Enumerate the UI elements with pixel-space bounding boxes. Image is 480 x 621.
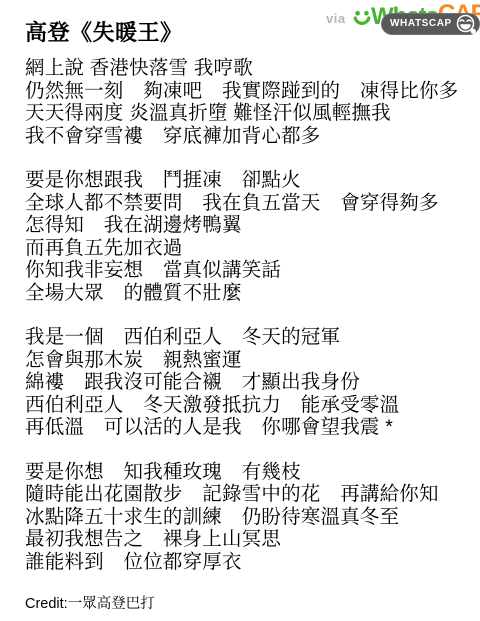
lyrics-image: via WhatsCAP WHATSCAP 高登《失暖王》 網上說 香港快落雪 … bbox=[0, 0, 480, 621]
lyrics-stanza-3: 我是一個 西伯利亞人 冬天的冠軍 怎會與那木炭 親熱蜜運 綿褸 跟我沒可能合襯 … bbox=[25, 326, 472, 439]
watermark: via WhatsCAP WHATSCAP bbox=[324, 2, 476, 38]
lyrics-body: 網上說 香港快落雪 我哼歌 仍然無一刻 夠凍吧 我實際踫到的 凍得比你多 天天得… bbox=[25, 57, 472, 573]
lyrics-stanza-2: 要是你想跟我 鬥捱凍 卻點火 全球人都不禁要問 我在負五當天 會穿得夠多 怎得知… bbox=[25, 169, 472, 304]
laughing-emoji-icon bbox=[455, 13, 477, 35]
credit-line: Credit:一眾高登巴打 bbox=[25, 595, 472, 613]
via-label: via bbox=[326, 11, 346, 26]
smiley-icon bbox=[353, 8, 371, 28]
lyrics-stanza-4: 要是你想 知我種玫瑰 有幾枝 隨時能出花園散步 記錄雪中的花 再講給你知 冰點降… bbox=[25, 461, 472, 574]
lyrics-stanza-1: 網上說 香港快落雪 我哼歌 仍然無一刻 夠凍吧 我實際踫到的 凍得比你多 天天得… bbox=[25, 57, 472, 147]
whatscap-badge: WHATSCAP bbox=[381, 13, 480, 35]
badge-label: WHATSCAP bbox=[390, 13, 452, 35]
